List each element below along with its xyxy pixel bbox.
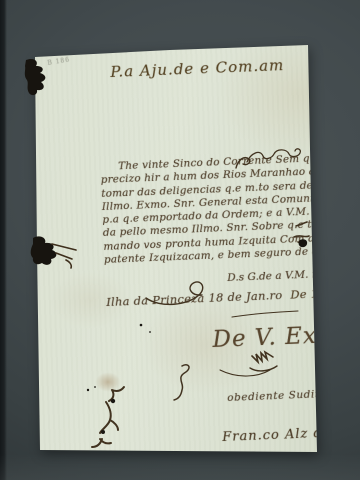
ink-blot-top-left [25, 59, 46, 95]
ink-blot-right-edge [299, 239, 308, 247]
ink-blot-left-edge [31, 236, 57, 264]
bottom-light-band [0, 454, 360, 480]
photo-of-manuscript: B 186 P.a Aju.de e Com.am The vinte Sinc… [0, 0, 360, 480]
edge-blots-layer [0, 0, 360, 480]
